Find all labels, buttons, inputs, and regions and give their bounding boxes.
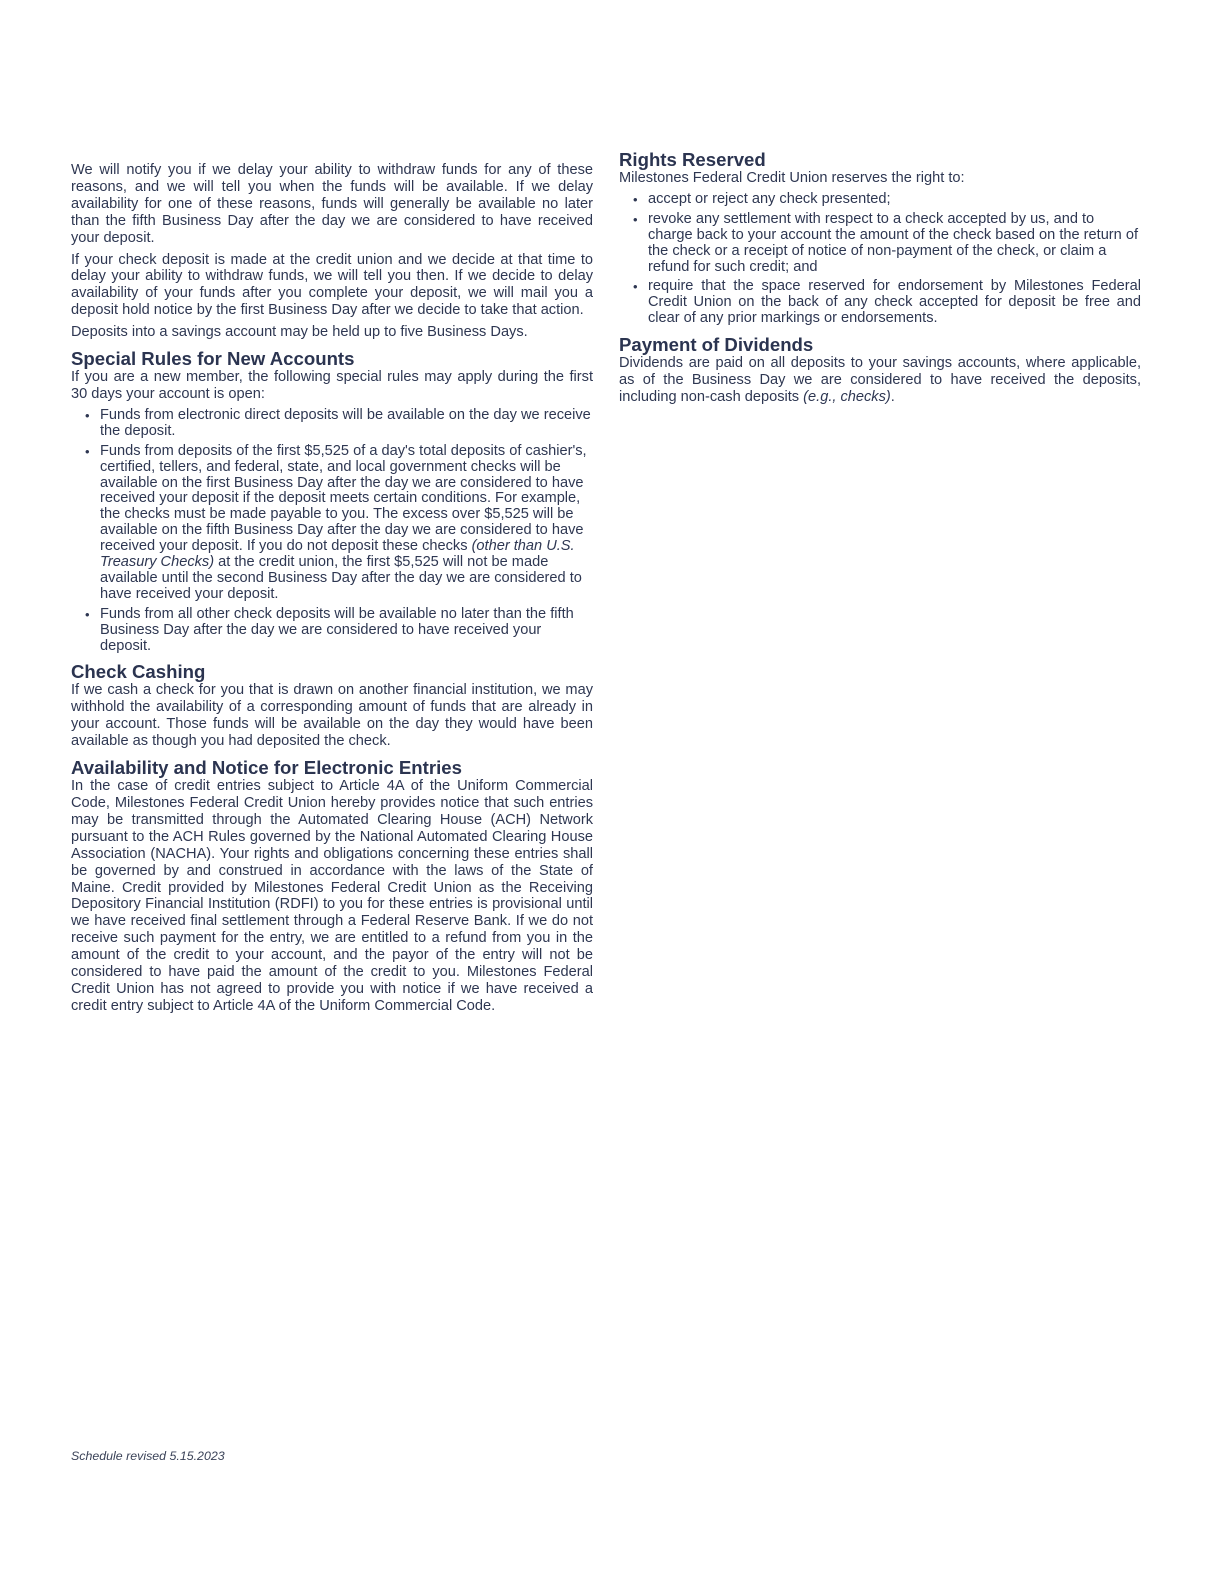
rights-reserved-heading: Rights Reserved <box>619 149 1141 170</box>
dividends-italic-note: (e.g., checks) <box>803 389 891 405</box>
bullet-text: Funds from all other check deposits will… <box>100 606 574 654</box>
notify-delay-paragraph: We will notify you if we delay your abil… <box>71 162 593 247</box>
rights-bullet-accept-reject: accept or reject any check presented; <box>648 192 1141 208</box>
schedule-revision-footer: Schedule revised 5.15.2023 <box>71 1449 225 1463</box>
bullet-text: Funds from electronic direct deposits wi… <box>100 407 591 439</box>
check-cashing-body: If we cash a check for you that is drawn… <box>71 682 593 750</box>
rights-bullet-revoke-settlement: revoke any settlement with respect to a … <box>648 212 1141 276</box>
special-rules-bullet-cashier-checks: Funds from deposits of the first $5,525 … <box>100 444 593 603</box>
savings-hold-paragraph: Deposits into a savings account may be h… <box>71 324 593 341</box>
special-rules-heading: Special Rules for New Accounts <box>71 348 593 369</box>
check-deposit-delay-paragraph: If your check deposit is made at the cre… <box>71 252 593 320</box>
special-rules-bullet-direct-deposit: Funds from electronic direct deposits wi… <box>100 408 593 440</box>
check-cashing-heading: Check Cashing <box>71 661 593 682</box>
rights-bullet-endorsement-space: require that the space reserved for endo… <box>648 279 1141 327</box>
bullet-text: revoke any settlement with respect to a … <box>648 211 1138 275</box>
dividends-heading: Payment of Dividends <box>619 334 1141 355</box>
rights-reserved-intro: Milestones Federal Credit Union reserves… <box>619 170 1141 187</box>
dividends-text-end: . <box>891 389 895 405</box>
left-column: We will notify you if we delay your abil… <box>71 162 593 1020</box>
special-rules-intro: If you are a new member, the following s… <box>71 369 593 403</box>
electronic-entries-body: In the case of credit entries subject to… <box>71 778 593 1015</box>
right-column: Rights Reserved Milestones Federal Credi… <box>619 149 1141 411</box>
electronic-entries-heading: Availability and Notice for Electronic E… <box>71 757 593 778</box>
bullet-text: accept or reject any check presented; <box>648 191 891 207</box>
dividends-body: Dividends are paid on all deposits to yo… <box>619 355 1141 406</box>
special-rules-list: Funds from electronic direct deposits wi… <box>71 408 593 655</box>
bullet-text: require that the space reserved for endo… <box>648 278 1141 326</box>
rights-reserved-list: accept or reject any check presented; re… <box>619 192 1141 327</box>
special-rules-bullet-other-checks: Funds from all other check deposits will… <box>100 607 593 655</box>
